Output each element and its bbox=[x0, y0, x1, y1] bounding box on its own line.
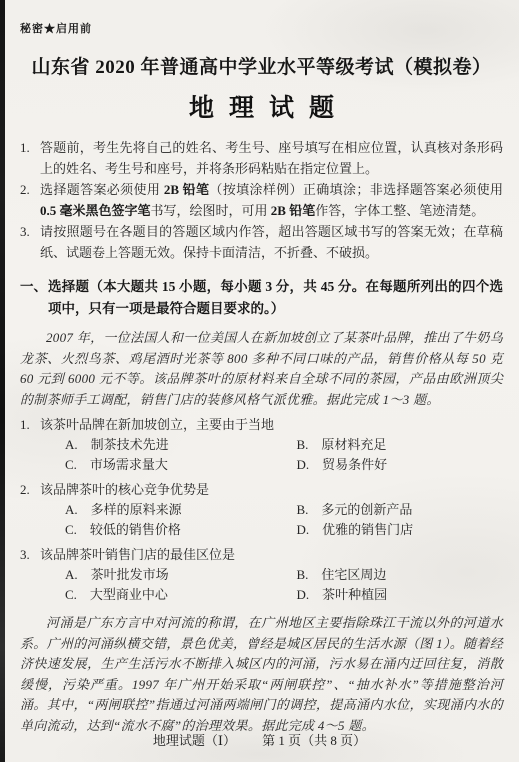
option-d: D.茶叶种植园 bbox=[272, 585, 504, 605]
instruction-item-2: 2.选择题答案必须使用 2B 铅笔（按填涂样例）正确填涂；非选择题答案必须使用 … bbox=[20, 179, 503, 221]
option-label: B. bbox=[297, 567, 309, 582]
option-label: C. bbox=[65, 522, 77, 537]
question-1: 1. 该茶叶品牌在新加坡创立，主要由于当地 A.制茶技术先进 B.原材料充足 C… bbox=[20, 414, 503, 475]
exam-title: 山东省 2020 年普通高中学业水平等级考试（模拟卷） bbox=[20, 52, 503, 79]
instruction-text-bold: 2B 铅笔 bbox=[164, 182, 210, 197]
classification-label: 秘密★启用前 bbox=[20, 20, 503, 36]
option-a: A.多样的原料来源 bbox=[40, 500, 272, 520]
option-d: D.优雅的销售门店 bbox=[272, 520, 504, 540]
option-label: B. bbox=[297, 502, 309, 517]
option-b: B.住宅区周边 bbox=[272, 565, 504, 585]
instruction-item-1: 1.答题前，考生先将自己的姓名、考生号、座号填写在相应位置，认真核对条形码上的姓… bbox=[20, 137, 503, 179]
option-label: A. bbox=[65, 567, 78, 582]
option-a: A.茶叶批发市场 bbox=[40, 565, 272, 585]
instruction-text-bold: 0.5 毫米黑色签字笔 bbox=[40, 203, 151, 218]
question-number: 3. bbox=[20, 544, 30, 565]
option-c: C.大型商业中心 bbox=[40, 585, 272, 605]
instruction-text-bold: 2B 铅笔 bbox=[271, 203, 315, 218]
option-text: 较低的销售价格 bbox=[90, 522, 181, 537]
option-label: D. bbox=[297, 587, 310, 602]
section-title: 选择题（本大题共 15 小题，每小题 3 分，共 45 分。在每题所列出的四个选… bbox=[48, 279, 503, 316]
question-stem: 该品牌茶叶销售门店的最佳区位是 bbox=[40, 544, 503, 565]
instruction-text: （按填涂样例）正确填涂；非选择题答案必须使用 bbox=[209, 182, 503, 197]
instruction-item-3: 3.请按照题号在各题目的答题区域内作答，超出答题区域书写的答案无效；在草稿纸、试… bbox=[20, 221, 503, 263]
options-grid: A.制茶技术先进 B.原材料充足 C.市场需求量大 D.贸易条件好 bbox=[40, 435, 503, 475]
instruction-text: 答题前，考生先将自己的姓名、考生号、座号填写在相应位置，认真核对条形码上的姓名、… bbox=[40, 140, 503, 176]
instruction-text: 作答，字体工整、笔迹清楚。 bbox=[315, 203, 484, 218]
section-heading: 一、选择题（本大题共 15 小题，每小题 3 分，共 45 分。在每题所列出的四… bbox=[20, 276, 503, 320]
subject-title: 地理试题 bbox=[20, 88, 503, 124]
section-number: 一、 bbox=[20, 276, 47, 298]
instructions-list: 1.答题前，考生先将自己的姓名、考生号、座号填写在相应位置，认真核对条形码上的姓… bbox=[20, 137, 503, 263]
option-a: A.制茶技术先进 bbox=[40, 435, 272, 455]
question-2: 2. 该品牌茶叶的核心竞争优势是 A.多样的原料来源 B.多元的创新产品 C.较… bbox=[20, 479, 503, 540]
option-text: 制茶技术先进 bbox=[91, 437, 169, 452]
option-text: 多元的创新产品 bbox=[321, 502, 412, 517]
question-stem: 该品牌茶叶的核心竞争优势是 bbox=[40, 479, 503, 500]
option-text: 住宅区周边 bbox=[321, 567, 386, 582]
question-3: 3. 该品牌茶叶销售门店的最佳区位是 A.茶叶批发市场 B.住宅区周边 C.大型… bbox=[20, 544, 503, 605]
option-label: A. bbox=[65, 437, 78, 452]
option-label: D. bbox=[297, 457, 310, 472]
scan-edge-artifact bbox=[0, 0, 5, 762]
options-grid: A.茶叶批发市场 B.住宅区周边 C.大型商业中心 D.茶叶种植园 bbox=[40, 565, 503, 605]
option-label: A. bbox=[65, 502, 78, 517]
passage-hechong: 河涌是广东方言中对河流的称谓，在广州地区主要指除珠江干流以外的河道水系。广州的河… bbox=[20, 613, 503, 736]
instruction-text: 选择题答案必须使用 bbox=[40, 182, 164, 197]
option-c: C.市场需求量大 bbox=[40, 455, 272, 475]
question-stem: 该茶叶品牌在新加坡创立，主要由于当地 bbox=[40, 414, 503, 435]
exam-paper-page: 秘密★启用前 山东省 2020 年普通高中学业水平等级考试（模拟卷） 地理试题 … bbox=[0, 0, 519, 762]
instruction-number: 1. bbox=[20, 137, 30, 158]
option-b: B.原材料充足 bbox=[272, 435, 504, 455]
option-text: 优雅的销售门店 bbox=[322, 522, 413, 537]
option-text: 大型商业中心 bbox=[90, 587, 168, 602]
option-label: B. bbox=[297, 437, 309, 452]
option-label: D. bbox=[297, 522, 310, 537]
question-number: 2. bbox=[20, 479, 30, 500]
option-text: 茶叶种植园 bbox=[322, 587, 387, 602]
page-footer: 地理试题（Ⅰ）第 1 页（共 8 页） bbox=[0, 730, 519, 749]
option-text: 多样的原料来源 bbox=[91, 502, 182, 517]
question-number: 1. bbox=[20, 414, 30, 435]
option-text: 原材料充足 bbox=[321, 437, 386, 452]
footer-page-number: 第 1 页（共 8 页） bbox=[262, 733, 366, 748]
option-text: 茶叶批发市场 bbox=[91, 567, 169, 582]
instruction-text: 请按照题号在各题目的答题区域内作答，超出答题区域书写的答案无效；在草稿纸、试题卷… bbox=[40, 224, 503, 260]
option-d: D.贸易条件好 bbox=[272, 455, 504, 475]
option-text: 市场需求量大 bbox=[90, 457, 168, 472]
option-label: C. bbox=[65, 457, 77, 472]
option-b: B.多元的创新产品 bbox=[272, 500, 504, 520]
instruction-number: 3. bbox=[20, 221, 30, 242]
instruction-text: 书写，绘图时，可用 bbox=[151, 203, 271, 218]
option-label: C. bbox=[65, 587, 77, 602]
option-c: C.较低的销售价格 bbox=[40, 520, 272, 540]
instruction-number: 2. bbox=[20, 179, 30, 200]
options-grid: A.多样的原料来源 B.多元的创新产品 C.较低的销售价格 D.优雅的销售门店 bbox=[40, 500, 503, 540]
passage-tea-brand: 2007 年，一位法国人和一位美国人在新加坡创立了某茶叶品牌，推出了牛奶乌龙茶、… bbox=[20, 328, 503, 410]
footer-paper-name: 地理试题（Ⅰ） bbox=[153, 733, 236, 748]
option-text: 贸易条件好 bbox=[322, 457, 387, 472]
